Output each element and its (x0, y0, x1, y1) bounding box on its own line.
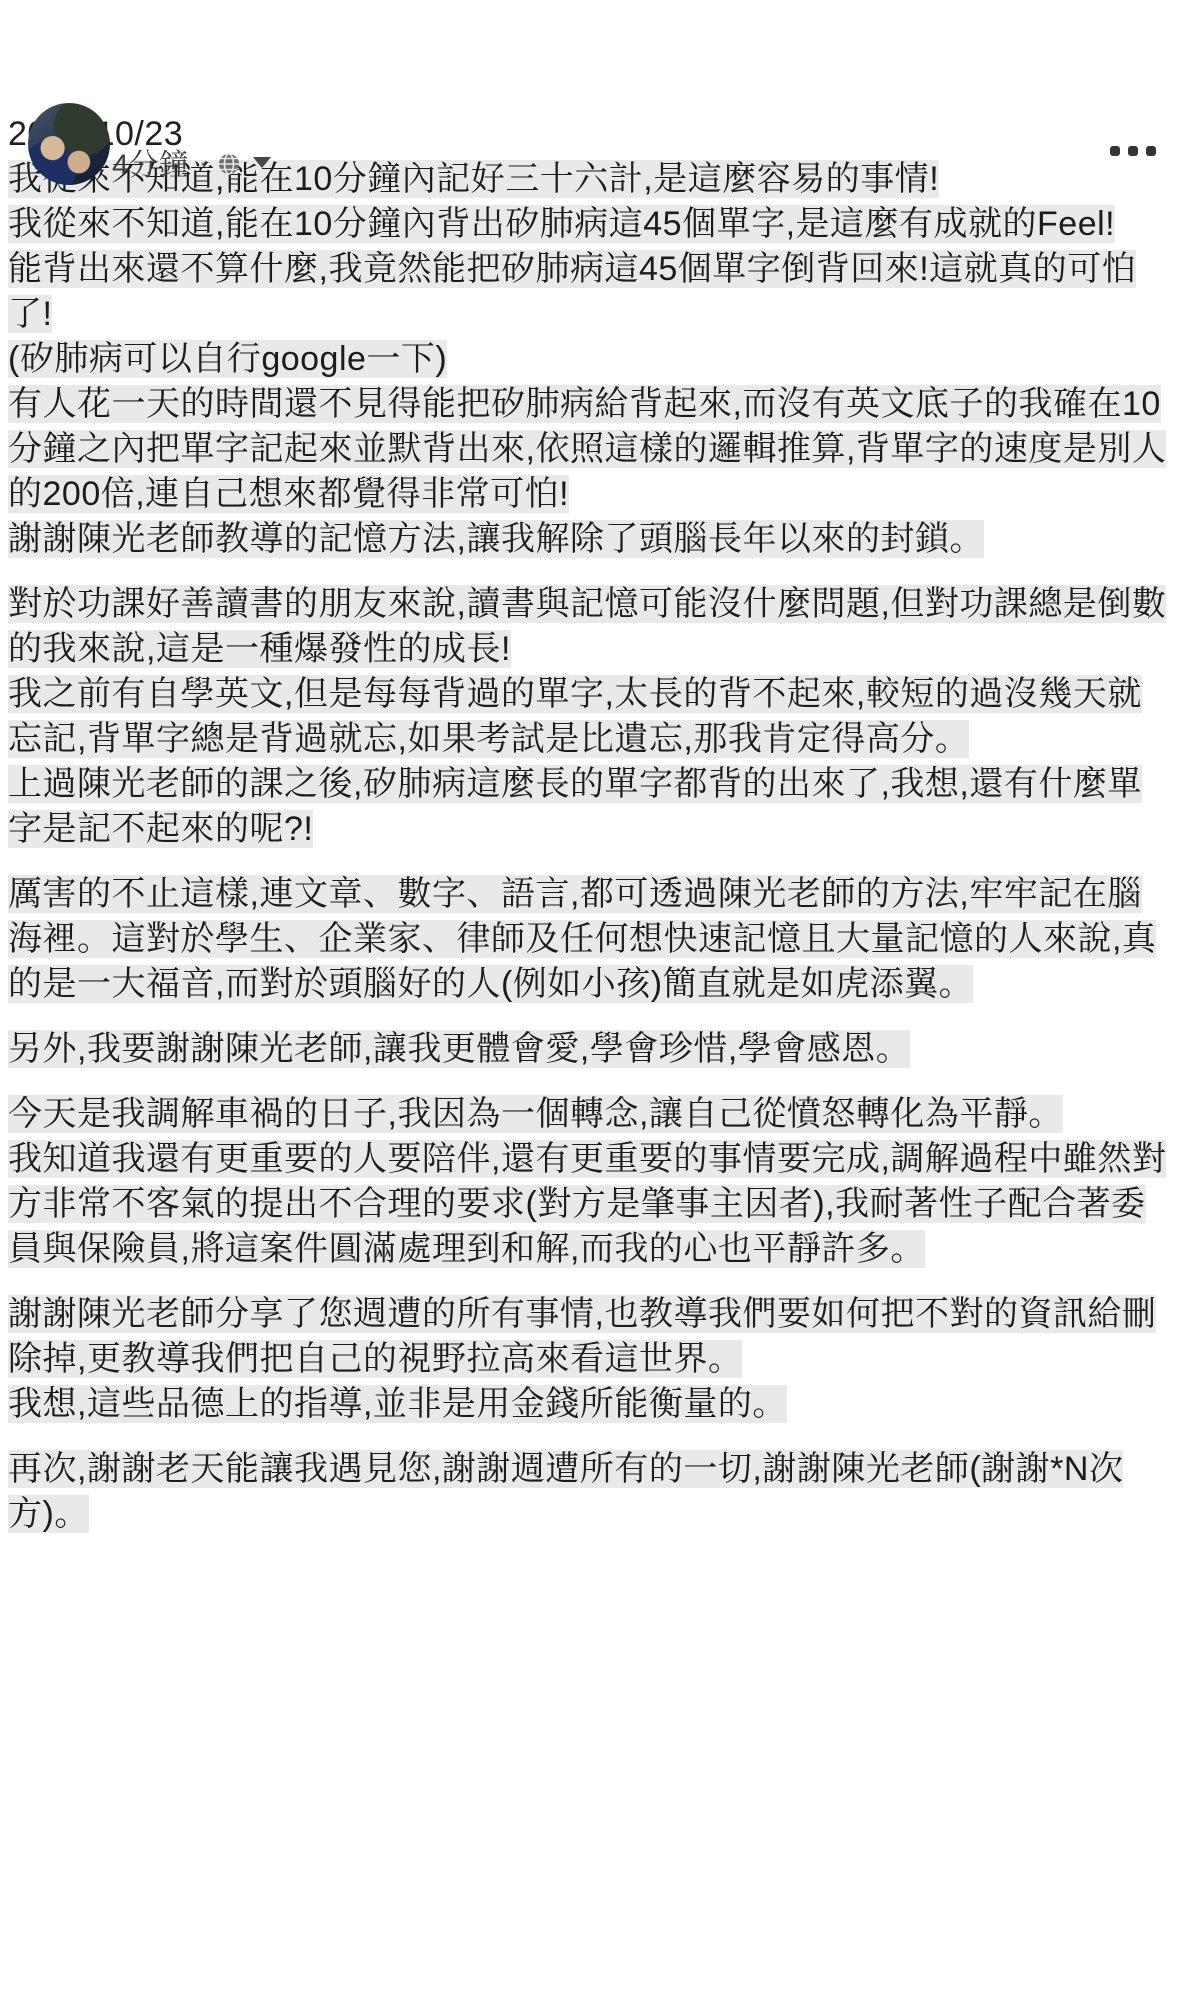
post-body: 2018/10/23 我從來不知道,能在10分鐘內記好三十六計,是這麼容易的事情… (0, 110, 1200, 1617)
post-paragraph: 再次,謝謝老天能讓我遇見您,謝謝週遭所有的一切,謝謝陳光老師(謝謝*N次方)。 (8, 1447, 1174, 1537)
post-paragraph: 對於功課好善讀書的朋友來說,讀書與記憶可能沒什麼問題,但對功課總是倒數的我來說,… (8, 582, 1174, 852)
post-timestamp[interactable]: 4分鐘 (112, 140, 189, 184)
post-meta: 4分鐘 · (112, 140, 271, 184)
post-paragraph: 今天是我調解車禍的日子,我因為一個轉念,讓自己從憤怒轉化為平靜。 我知道我還有更… (8, 1092, 1174, 1272)
avatar[interactable] (28, 103, 110, 185)
facebook-post: 4分鐘 · 2018/10/23 我從來不知道,能在10分鐘內記好三十六計,是這… (0, 0, 1200, 1617)
post-header: 4分鐘 · (0, 0, 1200, 110)
post-paragraph: 我從來不知道,能在10分鐘內記好三十六計,是這麼容易的事情! 我從來不知道,能在… (8, 157, 1174, 562)
meta-separator: · (199, 147, 208, 178)
post-paragraph: 厲害的不止這樣,連文章、數字、語言,都可透過陳光老師的方法,牢牢記在腦海裡。這對… (8, 872, 1174, 1007)
caret-down-icon[interactable] (253, 157, 271, 168)
post-paragraphs: 我從來不知道,能在10分鐘內記好三十六計,是這麼容易的事情! 我從來不知道,能在… (8, 157, 1174, 1537)
ellipsis-icon[interactable] (1104, 140, 1162, 162)
globe-icon (217, 150, 241, 174)
post-paragraph: 另外,我要謝謝陳光老師,讓我更體會愛,學會珍惜,學會感恩。 (8, 1027, 1174, 1072)
post-paragraph: 謝謝陳光老師分享了您週遭的所有事情,也教導我們要如何把不對的資訊給刪除掉,更教導… (8, 1292, 1174, 1427)
